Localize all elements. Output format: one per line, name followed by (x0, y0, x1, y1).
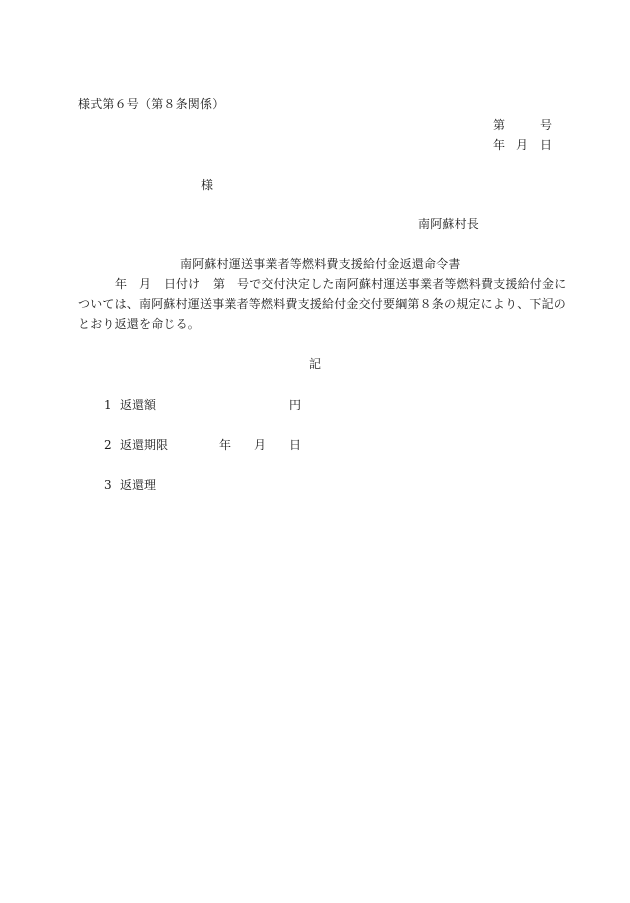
body-day: 日付け (164, 276, 200, 292)
doc-number-prefix: 第 (493, 117, 505, 133)
body-year: 年 (115, 276, 127, 292)
item-number: 3 (104, 477, 112, 493)
form-label: 様式第６号（第８条関係） (78, 96, 224, 112)
item-label: 返還額 (120, 397, 156, 413)
doc-date-year: 年 (493, 137, 505, 153)
doc-date-month: 月 (516, 137, 528, 153)
doc-number-suffix: 号 (540, 117, 552, 133)
addressee-suffix: 様 (201, 177, 213, 193)
issuer: 南阿蘇村長 (418, 216, 479, 232)
item-label: 返還期限 (120, 437, 168, 453)
item-number: 2 (104, 437, 112, 453)
item-number: 1 (104, 397, 112, 413)
item-label: 返還理 (120, 477, 156, 493)
item-unit: 円 (289, 397, 301, 413)
deadline-day: 日 (289, 437, 301, 453)
body-line3: とおり返還を命じる。 (78, 316, 200, 332)
ki-heading: 記 (309, 356, 321, 372)
document-title: 南阿蘇村運送事業者等燃料費支援給付金返還命令書 (180, 256, 461, 272)
body-no-prefix: 第 (213, 276, 225, 292)
doc-date-day: 日 (540, 137, 552, 153)
body-month: 月 (139, 276, 151, 292)
deadline-month: 月 (254, 437, 266, 453)
body-line2: ついては、南阿蘇村運送事業者等燃料費支援給付金交付要綱第８条の規定により、下記の (78, 296, 566, 312)
body-line1: 号で交付決定した南阿蘇村運送事業者等燃料費支援給付金に (237, 276, 566, 292)
deadline-year: 年 (219, 437, 231, 453)
